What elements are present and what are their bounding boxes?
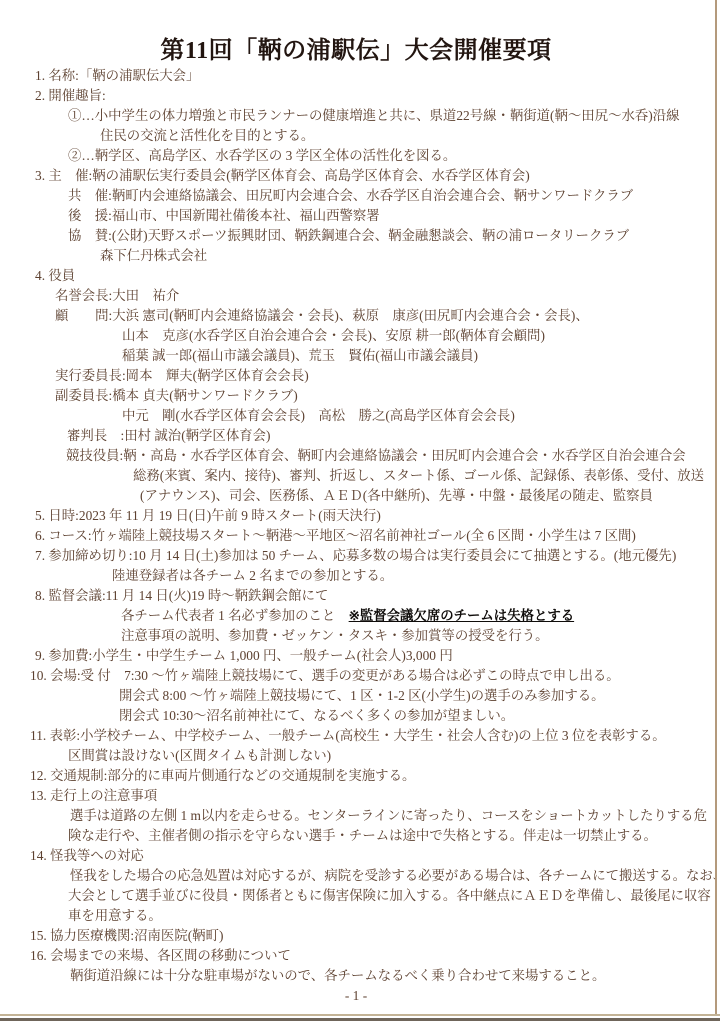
doc-line: 森下仁丹株式会社 <box>0 246 712 266</box>
doc-line: 3. 主 催:鞆の浦駅伝実行委員会(鞆学区体育会、高島学区体育会、水呑学区体育会… <box>0 166 712 186</box>
page-edge-bottom-dark-line <box>0 1018 720 1021</box>
page-number: - 1 - <box>0 986 712 1006</box>
doc-line: 注意事項の説明、参加費・ゼッケン・タスキ・参加賞等の授受を行う。 <box>0 626 712 646</box>
doc-line: 13. 走行上の注意事項 <box>0 786 712 806</box>
doc-line-text: 名誉会長:大田 祐介 <box>55 288 179 303</box>
doc-line: 怪我をした場合の応急処置は対応するが、病院を受診する必要がある場合は、各チームに… <box>0 866 712 886</box>
doc-line-text: 車を用意する。 <box>68 908 162 923</box>
doc-line: 顧 問:大浜 憲司(鞆町内会連絡協議会・会長)、萩原 康彦(田尻町内会連合会・会… <box>0 306 712 326</box>
document-page: 第11回「鞆の浦駅伝」大会開催要項 1. 名称:「鞆の浦駅伝大会」2. 開催趣旨… <box>0 0 720 1023</box>
document-title: 第11回「鞆の浦駅伝」大会開催要項 <box>0 30 712 65</box>
doc-line-text: - 1 - <box>345 988 367 1003</box>
doc-line-text: 開会式 8:00 〜竹ヶ端陸上競技場にて、1 区・1-2 区(小学生)の選手のみ… <box>119 688 605 703</box>
doc-line-text: 山本 克彦(水呑学区自治会連合会・会長)、安原 耕一郎(鞆体育会顧問) <box>122 328 545 343</box>
doc-line-text: 共 催:鞆町内会連絡協議会、田尻町内会連合会、水呑学区自治会連合会、鞆サンワード… <box>68 188 633 203</box>
doc-line-text: 11. 表彰:小学校チーム、中学校チーム、一般チーム(高校生・大学生・社会人含む… <box>30 728 666 743</box>
doc-line: 2. 開催趣旨: <box>0 86 712 106</box>
doc-line-text: 住民の交流と活性化を目的とする。 <box>100 128 314 143</box>
doc-line-text: 7. 参加締め切り:10 月 14 日(土)参加は 50 チーム、応募多数の場合… <box>35 548 676 563</box>
doc-line-text: 後 援:福山市、中国新聞社備後本社、福山西警察署 <box>68 208 380 223</box>
doc-line-text: 実行委員長:岡本 輝夫(鞆学区体育会会長) <box>55 368 309 383</box>
doc-line-text: 副委員長:橋本 貞夫(鞆サンワードクラブ) <box>55 388 298 403</box>
doc-line: 住民の交流と活性化を目的とする。 <box>0 126 712 146</box>
doc-line-text: 4. 役員 <box>35 268 75 283</box>
doc-line-text: 競技役員:鞆・高島・水呑学区体育会、鞆町内会連絡協議会・田尻町内会連合会・水呑学… <box>66 448 686 463</box>
doc-line-text: ②…鞆学区、高島学区、水呑学区の 3 学区全体の活性化を図る。 <box>68 148 456 163</box>
doc-line-text: 9. 参加費:小学生・中学生チーム 1,000 円、一般チーム(社会人)3,00… <box>35 648 453 663</box>
doc-line: 15. 協力医療機関:沼南医院(鞆町) <box>0 926 712 946</box>
doc-line: 鞆街道沿線には十分な駐車場がないので、各チームなるべく乗り合わせて来場すること。 <box>0 966 712 986</box>
doc-line-text: 16. 会場までの来場、各区間の移動について <box>30 948 291 963</box>
doc-line-text: 中元 剛(水呑学区体育会会長) 高松 勝之(高島学区体育会会長) <box>122 408 515 423</box>
doc-line: 11. 表彰:小学校チーム、中学校チーム、一般チーム(高校生・大学生・社会人含む… <box>0 726 712 746</box>
doc-line-text: 15. 協力医療機関:沼南医院(鞆町) <box>30 928 223 943</box>
doc-line-text: 選手は道路の左側 1 m以内を走らせる。センターラインに寄ったり、コースをショー… <box>70 808 707 823</box>
doc-line-text: 険な走行や、主催者側の指示を守らない選手・チームは途中で失格とする。伴走は一切禁… <box>68 828 657 843</box>
document-body: 1. 名称:「鞆の浦駅伝大会」2. 開催趣旨:①…小中学生の体力増強と市民ランナ… <box>0 66 712 1006</box>
doc-line: 区間賞は設けない(区間タイムも計測しない) <box>0 746 712 766</box>
doc-line: 実行委員長:岡本 輝夫(鞆学区体育会会長) <box>0 366 712 386</box>
doc-line-text: 陸連登録者は各チーム 2 名までの参加とする。 <box>112 568 393 583</box>
doc-line: 9. 参加費:小学生・中学生チーム 1,000 円、一般チーム(社会人)3,00… <box>0 646 712 666</box>
doc-line: 閉会式 10:30〜沼名前神社にて、なるべく多くの参加が望ましい。 <box>0 706 712 726</box>
doc-line-text: 3. 主 催:鞆の浦駅伝実行委員会(鞆学区体育会、高島学区体育会、水呑学区体育会… <box>35 168 530 183</box>
doc-line-text: 注意事項の説明、参加費・ゼッケン・タスキ・参加賞等の授受を行う。 <box>121 628 549 643</box>
doc-line: 稲葉 誠一郎(福山市議会議員)、荒玉 賢佑(福山市議会議員) <box>0 346 712 366</box>
doc-line-text: 1. 名称:「鞆の浦駅伝大会」 <box>35 68 199 83</box>
doc-line-text: 5. 日時:2023 年 11 月 19 日(日)午前 9 時スタート(雨天決行… <box>35 508 381 523</box>
doc-line: 競技役員:鞆・高島・水呑学区体育会、鞆町内会連絡協議会・田尻町内会連合会・水呑学… <box>0 446 712 466</box>
doc-line: 各チーム代表者 1 名必ず参加のこと ※監督会議欠席のチームは失格とする <box>0 606 712 626</box>
doc-line: 選手は道路の左側 1 m以内を走らせる。センターラインに寄ったり、コースをショー… <box>0 806 712 826</box>
doc-line-text: 顧 問:大浜 憲司(鞆町内会連絡協議会・会長)、萩原 康彦(田尻町内会連合会・会… <box>55 308 589 323</box>
doc-line: 審判長 :田村 誠治(鞆学区体育会) <box>0 426 712 446</box>
doc-line: 1. 名称:「鞆の浦駅伝大会」 <box>0 66 712 86</box>
page-edge-right-line <box>715 0 717 1015</box>
doc-line: 名誉会長:大田 祐介 <box>0 286 712 306</box>
doc-line: 7. 参加締め切り:10 月 14 日(土)参加は 50 チーム、応募多数の場合… <box>0 546 712 566</box>
doc-line-text: 13. 走行上の注意事項 <box>30 788 157 803</box>
doc-line-strong-notice: ※監督会議欠席のチームは失格とする <box>349 608 574 623</box>
doc-line-text: 閉会式 10:30〜沼名前神社にて、なるべく多くの参加が望ましい。 <box>119 708 514 723</box>
doc-line-text: ①…小中学生の体力増強と市民ランナーの健康増進と共に、県道22号線・鞆街道(鞆〜… <box>68 108 680 123</box>
doc-line: 8. 監督会議:11 月 14 日(火)19 時〜鞆鉄鋼会館にて <box>0 586 712 606</box>
doc-line-text: 大会として選手並びに役員・関係者ともに傷害保険に加入する。各中継点にＡＥＤを準備… <box>68 888 711 903</box>
doc-line-text: 審判長 :田村 誠治(鞆学区体育会) <box>67 428 270 443</box>
doc-line: (アナウンス)、司会、医務係、ＡＥＤ(各中継所)、先導・中盤・最後尾の随走、監察… <box>0 486 712 506</box>
doc-line: 山本 克彦(水呑学区自治会連合会・会長)、安原 耕一郎(鞆体育会顧問) <box>0 326 712 346</box>
doc-line-text: 8. 監督会議:11 月 14 日(火)19 時〜鞆鉄鋼会館にて <box>35 588 328 603</box>
doc-line: ①…小中学生の体力増強と市民ランナーの健康増進と共に、県道22号線・鞆街道(鞆〜… <box>0 106 712 126</box>
doc-line-text: 10. 会場:受 付 7:30 〜竹ヶ端陸上競技場にて、選手の変更がある場合は必… <box>30 668 620 683</box>
doc-line: 10. 会場:受 付 7:30 〜竹ヶ端陸上競技場にて、選手の変更がある場合は必… <box>0 666 712 686</box>
doc-line-text: 2. 開催趣旨: <box>35 88 106 103</box>
doc-line: 14. 怪我等への対応 <box>0 846 712 866</box>
doc-line: 副委員長:橋本 貞夫(鞆サンワードクラブ) <box>0 386 712 406</box>
doc-line: 車を用意する。 <box>0 906 712 926</box>
doc-line-text: 稲葉 誠一郎(福山市議会議員)、荒玉 賢佑(福山市議会議員) <box>122 348 478 363</box>
doc-line: 協 賛:(公財)天野スポーツ振興財団、鞆鉄鋼連合会、鞆金融懇談会、鞆の浦ロータリ… <box>0 226 712 246</box>
doc-line: ②…鞆学区、高島学区、水呑学区の 3 学区全体の活性化を図る。 <box>0 146 712 166</box>
page-edge-bottom-light-line <box>0 1014 720 1016</box>
doc-line-text: (アナウンス)、司会、医務係、ＡＥＤ(各中継所)、先導・中盤・最後尾の随走、監察… <box>140 488 653 503</box>
doc-line: 中元 剛(水呑学区体育会会長) 高松 勝之(高島学区体育会会長) <box>0 406 712 426</box>
doc-line: 4. 役員 <box>0 266 712 286</box>
doc-line-text: 区間賞は設けない(区間タイムも計測しない) <box>68 748 331 763</box>
doc-line: 開会式 8:00 〜竹ヶ端陸上競技場にて、1 区・1-2 区(小学生)の選手のみ… <box>0 686 712 706</box>
doc-line-text: 鞆街道沿線には十分な駐車場がないので、各チームなるべく乗り合わせて来場すること。 <box>70 968 605 983</box>
doc-line: 12. 交通規制:部分的に車両片側通行などの交通規制を実施する。 <box>0 766 712 786</box>
doc-line-text: 協 賛:(公財)天野スポーツ振興財団、鞆鉄鋼連合会、鞆金融懇談会、鞆の浦ロータリ… <box>68 228 629 243</box>
doc-line: 共 催:鞆町内会連絡協議会、田尻町内会連合会、水呑学区自治会連合会、鞆サンワード… <box>0 186 712 206</box>
doc-line: 16. 会場までの来場、各区間の移動について <box>0 946 712 966</box>
doc-line: 6. コース:竹ヶ端陸上競技場スタート〜鞆港〜平地区〜沼名前神社ゴール(全 6 … <box>0 526 712 546</box>
doc-line-text: 6. コース:竹ヶ端陸上競技場スタート〜鞆港〜平地区〜沼名前神社ゴール(全 6 … <box>35 528 636 543</box>
doc-line-text: 怪我をした場合の応急処置は対応するが、病院を受診する必要がある場合は、各チームに… <box>70 868 720 883</box>
doc-line-text: 14. 怪我等への対応 <box>30 848 144 863</box>
doc-line: 険な走行や、主催者側の指示を守らない選手・チームは途中で失格とする。伴走は一切禁… <box>0 826 712 846</box>
doc-line: 総務(来賓、案内、接待)、審判、折返し、スタート係、ゴール係、記録係、表彰係、受… <box>0 466 712 486</box>
doc-line-text: 総務(来賓、案内、接待)、審判、折返し、スタート係、ゴール係、記録係、表彰係、受… <box>133 468 704 483</box>
doc-line: 大会として選手並びに役員・関係者ともに傷害保険に加入する。各中継点にＡＥＤを準備… <box>0 886 712 906</box>
doc-line-text: 各チーム代表者 1 名必ず参加のこと <box>121 608 349 623</box>
doc-line-text: 12. 交通規制:部分的に車両片側通行などの交通規制を実施する。 <box>30 768 415 783</box>
doc-line: 5. 日時:2023 年 11 月 19 日(日)午前 9 時スタート(雨天決行… <box>0 506 712 526</box>
doc-line-text: 森下仁丹株式会社 <box>100 248 207 263</box>
doc-line: 陸連登録者は各チーム 2 名までの参加とする。 <box>0 566 712 586</box>
doc-line: 後 援:福山市、中国新聞社備後本社、福山西警察署 <box>0 206 712 226</box>
